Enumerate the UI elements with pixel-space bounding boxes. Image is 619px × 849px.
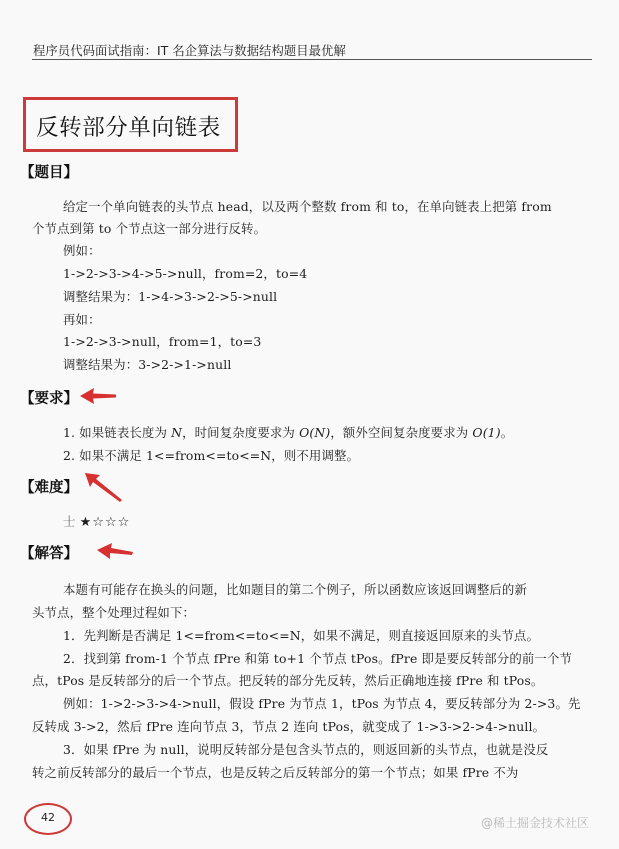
answer-line: 反转成 3->2，然后 fPre 连向节点 3，节点 2 连向 tPos，就变成…: [32, 717, 545, 735]
red-arrow-icon: [82, 470, 126, 504]
page-title: 反转部分单向链表: [36, 110, 221, 142]
section-heading-difficulty: 【难度】: [20, 476, 78, 497]
problem-line: 个节点到第 to 个节点这一部分进行反转。: [32, 219, 266, 237]
problem-line: 再如：: [63, 310, 101, 328]
answer-line: 头节点，整个处理过程如下：: [32, 603, 195, 621]
requirement-number: 1.: [63, 425, 75, 440]
page-number: 42: [26, 811, 70, 824]
section-heading-problem: 【题目】: [20, 161, 78, 182]
star-rating-icon: ★☆☆☆: [80, 515, 131, 530]
page-number-circle: 42: [24, 803, 72, 835]
problem-line: 1->2->3->4->5->null，from=2，to=4: [63, 264, 307, 282]
difficulty-rating: 士 ★☆☆☆: [63, 512, 130, 530]
answer-line: 1．先判断是否满足 1<=from<=to<=N，如果不满足，则直接返回原来的头…: [63, 626, 539, 644]
answer-line: 3．如果 fPre 为 null，说明反转部分是包含头节点的，则返回新的头节点，…: [63, 740, 548, 758]
requirement-item: 2. 如果不满足 1<=from<=to<=N，则不用调整。: [63, 446, 359, 464]
answer-line: 本题有可能存在换头的问题，比如题目的第二个例子，所以函数应该返回调整后的新: [63, 580, 527, 598]
red-arrow-icon: [78, 385, 120, 407]
section-heading-answer: 【解答】: [20, 542, 78, 563]
difficulty-level: 士: [63, 514, 76, 529]
requirement-number: 2.: [63, 448, 75, 463]
watermark: @稀土掘金技术社区: [481, 814, 589, 831]
section-heading-requirements: 【要求】: [20, 387, 78, 408]
answer-line: 转之前反转部分的最后一个节点，也是反转之后反转部分的第一个节点；如果 fPre …: [32, 763, 518, 781]
problem-line: 例如：: [63, 241, 101, 259]
answer-line: 例如：1->2->3->4->null，假设 fPre 为节点 1，tPos 为…: [63, 694, 581, 712]
requirement-item: 1. 如果链表长度为 N，时间复杂度要求为 O(N)，额外空间复杂度要求为 O(…: [63, 423, 513, 441]
problem-line: 调整结果为：1->4->3->2->5->null: [63, 287, 277, 305]
red-arrow-icon: [95, 540, 137, 562]
problem-line: 给定一个单向链表的头节点 head，以及两个整数 from 和 to，在单向链表…: [63, 197, 552, 215]
running-header: 程序员代码面试指南：IT 名企算法与数据结构题目最优解: [33, 41, 346, 59]
problem-line: 1->2->3->null，from=1，to=3: [63, 332, 261, 350]
answer-line: 点，tPos 是反转部分的后一个节点。把反转的部分先反转，然后正确地连接 fPr…: [32, 671, 543, 689]
problem-line: 调整结果为：3->2->1->null: [63, 355, 231, 373]
header-rule: [32, 59, 592, 60]
answer-line: 2．找到第 from-1 个节点 fPre 和第 to+1 个节点 tPos。f…: [63, 649, 572, 667]
title-highlight-box: 反转部分单向链表: [23, 97, 238, 152]
